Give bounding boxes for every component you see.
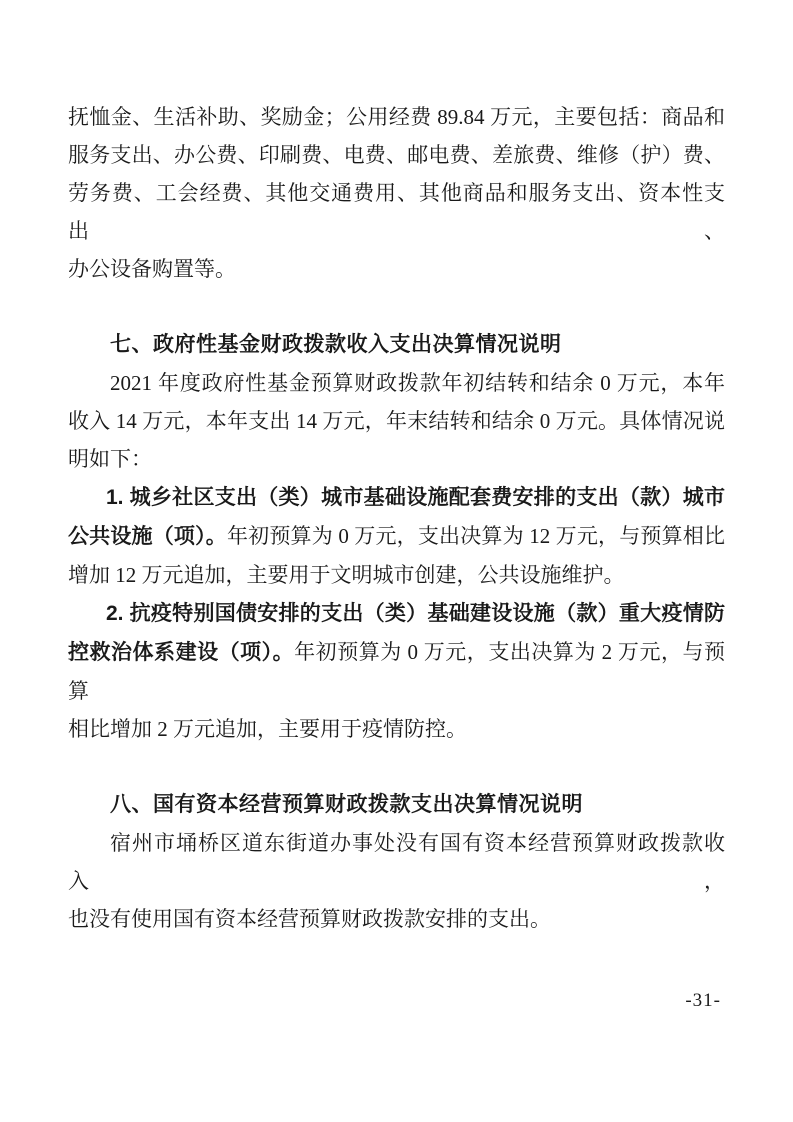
item-1-bold-lead: 公共设施（项）。	[68, 525, 227, 548]
page-number: -31-	[685, 990, 721, 1012]
text-line: 2. 抗疫特别国债安排的支出（类）基础建设设施（款）重大疫情防	[68, 594, 725, 633]
continued-paragraph: 抚恤金、生活补助、奖励金；公用经费 89.84 万元，主要包括：商品和 服务支出…	[68, 98, 725, 288]
text-line: 控救治体系建设（项）。年初预算为 0 万元，支出决算为 2 万元，与预算	[68, 633, 725, 710]
item-2-bold-lead: 2. 抗疫特别国债安排的支出（类）基础建设设施（款）重大疫情防	[106, 602, 725, 625]
text-line: 2021 年度政府性基金预算财政拨款年初结转和结余 0 万元，本年	[68, 364, 725, 402]
text-line: 抚恤金、生活补助、奖励金；公用经费 89.84 万元，主要包括：商品和	[68, 98, 725, 136]
text-line: 办公设备购置等。	[68, 250, 725, 288]
text-line: 劳务费、工会经费、其他交通费用、其他商品和服务支出、资本性支出、	[68, 174, 725, 250]
text-line: 宿州市埇桥区道东街道办事处没有国有资本经营预算财政拨款收入，	[68, 824, 725, 900]
item-1-bold-lead: 1. 城乡社区支出（类）城市基础设施配套费安排的支出（款）城市	[106, 486, 725, 509]
section-7-heading: 七、政府性基金财政拨款收入支出决算情况说明	[68, 326, 725, 364]
text-line: 收入 14 万元，本年支出 14 万元，年末结转和结余 0 万元。具体情况说	[68, 402, 725, 440]
section-7-item-1: 1. 城乡社区支出（类）城市基础设施配套费安排的支出（款）城市 公共设施（项）。…	[68, 478, 725, 594]
text-line: 增加 12 万元追加，主要用于文明城市创建，公共设施维护。	[68, 556, 725, 594]
text-line: 1. 城乡社区支出（类）城市基础设施配套费安排的支出（款）城市	[68, 478, 725, 517]
text-line: 也没有使用国有资本经营预算财政拨款安排的支出。	[68, 900, 725, 938]
section-7-item-2: 2. 抗疫特别国债安排的支出（类）基础建设设施（款）重大疫情防 控救治体系建设（…	[68, 594, 725, 748]
text-line: 相比增加 2 万元追加，主要用于疫情防控。	[68, 710, 725, 748]
section-8-paragraph: 宿州市埇桥区道东街道办事处没有国有资本经营预算财政拨款收入， 也没有使用国有资本…	[68, 824, 725, 938]
section-8-heading: 八、国有资本经营预算财政拨款支出决算情况说明	[68, 786, 725, 824]
item-2-bold-lead: 控救治体系建设（项）。	[68, 641, 294, 664]
text-line: 服务支出、办公费、印刷费、电费、邮电费、差旅费、维修（护）费、	[68, 136, 725, 174]
item-1-body-text: 年初预算为 0 万元，支出决算为 12 万元，与预算相比	[227, 524, 725, 548]
text-line: 公共设施（项）。年初预算为 0 万元，支出决算为 12 万元，与预算相比	[68, 517, 725, 556]
text-line: 明如下：	[68, 440, 725, 478]
section-7-intro-paragraph: 2021 年度政府性基金预算财政拨款年初结转和结余 0 万元，本年 收入 14 …	[68, 364, 725, 478]
page-content: 抚恤金、生活补助、奖励金；公用经费 89.84 万元，主要包括：商品和 服务支出…	[68, 98, 725, 938]
document-page: 抚恤金、生活补助、奖励金；公用经费 89.84 万元，主要包括：商品和 服务支出…	[0, 0, 793, 1122]
